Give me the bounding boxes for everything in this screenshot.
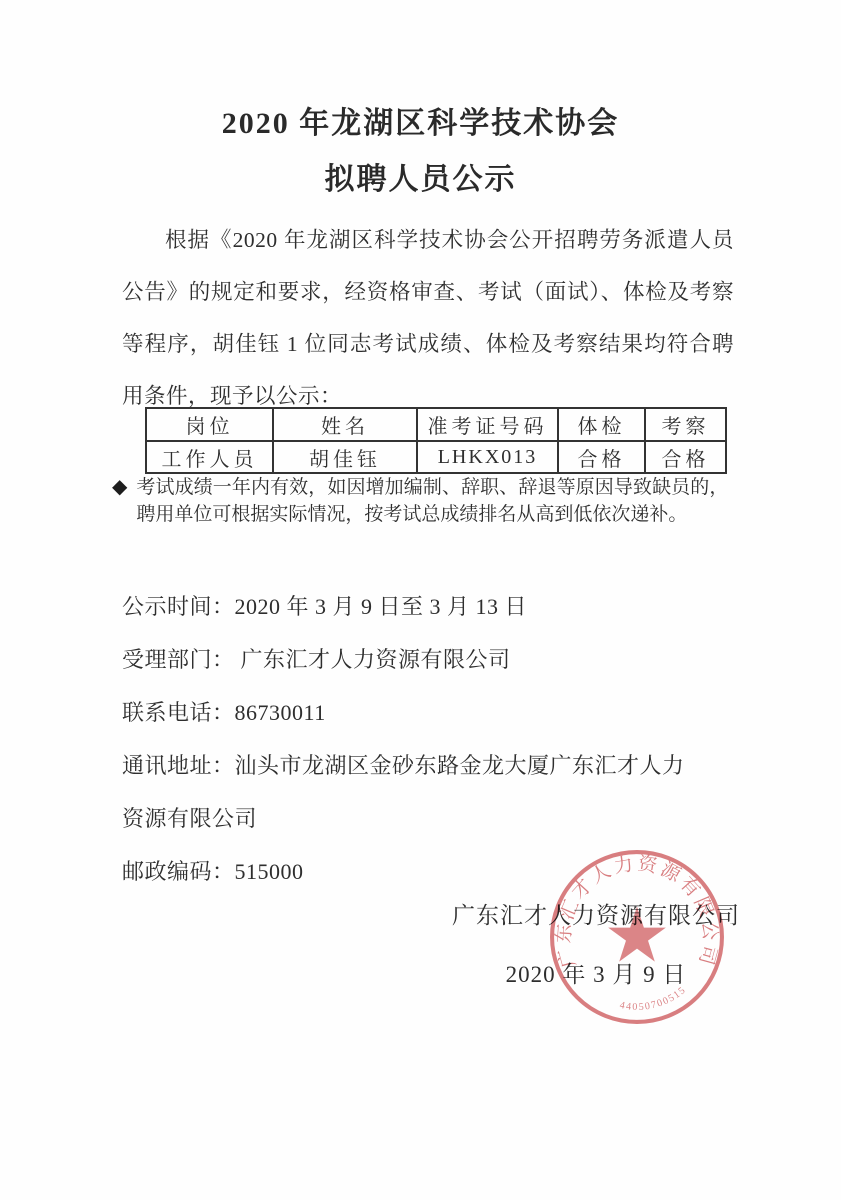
cell-post: 工作人员: [146, 441, 273, 473]
accepting-department-value: 广东汇才人力资源有限公司: [235, 647, 511, 672]
footnote: ◆ 考试成绩一年内有效，如因增加编制、辞职、辞退等原因导致缺员的，聘用单位可根据…: [112, 474, 742, 528]
signature-date: 2020 年 3 月 9 日: [440, 945, 752, 1004]
table-row: 工作人员 胡佳钰 LHKX013 合格 合格: [146, 441, 726, 473]
candidate-table: 岗位 姓名 准考证号码 体检 考察 工作人员 胡佳钰 LHKX013 合格 合格: [145, 407, 727, 474]
contact-phone-value: 86730011: [235, 700, 326, 725]
publicity-period-value: 2020 年 3 月 9 日至 3 月 13 日: [235, 594, 528, 619]
header-physical: 体检: [558, 408, 645, 441]
mailing-address-line: 通讯地址：汕头市龙湖区金砂东路金龙大厦广东汇才人力资源有限公司: [122, 739, 702, 845]
header-post: 岗位: [146, 408, 273, 441]
publicity-period-line: 公示时间：2020 年 3 月 9 日至 3 月 13 日: [122, 580, 702, 633]
contact-phone-label: 联系电话：: [122, 700, 235, 725]
footnote-text: 考试成绩一年内有效，如因增加编制、辞职、辞退等原因导致缺员的，聘用单位可根据实际…: [136, 474, 728, 528]
document-title-line2: 拟聘人员公示: [0, 154, 841, 198]
document-title-line1: 2020 年龙湖区科学技术协会: [0, 98, 841, 142]
header-name: 姓名: [273, 408, 417, 441]
header-ticket-no: 准考证号码: [417, 408, 558, 441]
cell-physical-result: 合格: [558, 441, 645, 473]
diamond-bullet-icon: ◆: [112, 474, 127, 501]
contact-phone-line: 联系电话：86730011: [122, 686, 702, 739]
cell-name: 胡佳钰: [273, 441, 417, 473]
publicity-period-label: 公示时间：: [122, 594, 235, 619]
cell-ticket-no: LHKX013: [417, 441, 558, 473]
accepting-department-label: 受理部门：: [122, 647, 235, 672]
contact-info-block: 公示时间：2020 年 3 月 9 日至 3 月 13 日 受理部门： 广东汇才…: [122, 580, 702, 898]
scanned-document-page: 2020 年龙湖区科学技术协会 拟聘人员公示 根据《2020 年龙湖区科学技术协…: [0, 0, 841, 1200]
postal-code-value: 515000: [235, 859, 304, 884]
cell-inspect-result: 合格: [645, 441, 726, 473]
accepting-department-line: 受理部门： 广东汇才人力资源有限公司: [122, 633, 702, 686]
header-inspection: 考察: [645, 408, 726, 441]
signature-block: 广东汇才人力资源有限公司 2020 年 3 月 9 日: [440, 886, 752, 1004]
signature-company: 广东汇才人力资源有限公司: [440, 886, 752, 945]
mailing-address-label: 通讯地址：: [122, 753, 235, 778]
table-header-row: 岗位 姓名 准考证号码 体检 考察: [146, 408, 726, 441]
postal-code-label: 邮政编码：: [122, 859, 235, 884]
body-paragraph: 根据《2020 年龙湖区科学技术协会公开招聘劳务派遣人员公告》的规定和要求，经资…: [122, 214, 734, 422]
